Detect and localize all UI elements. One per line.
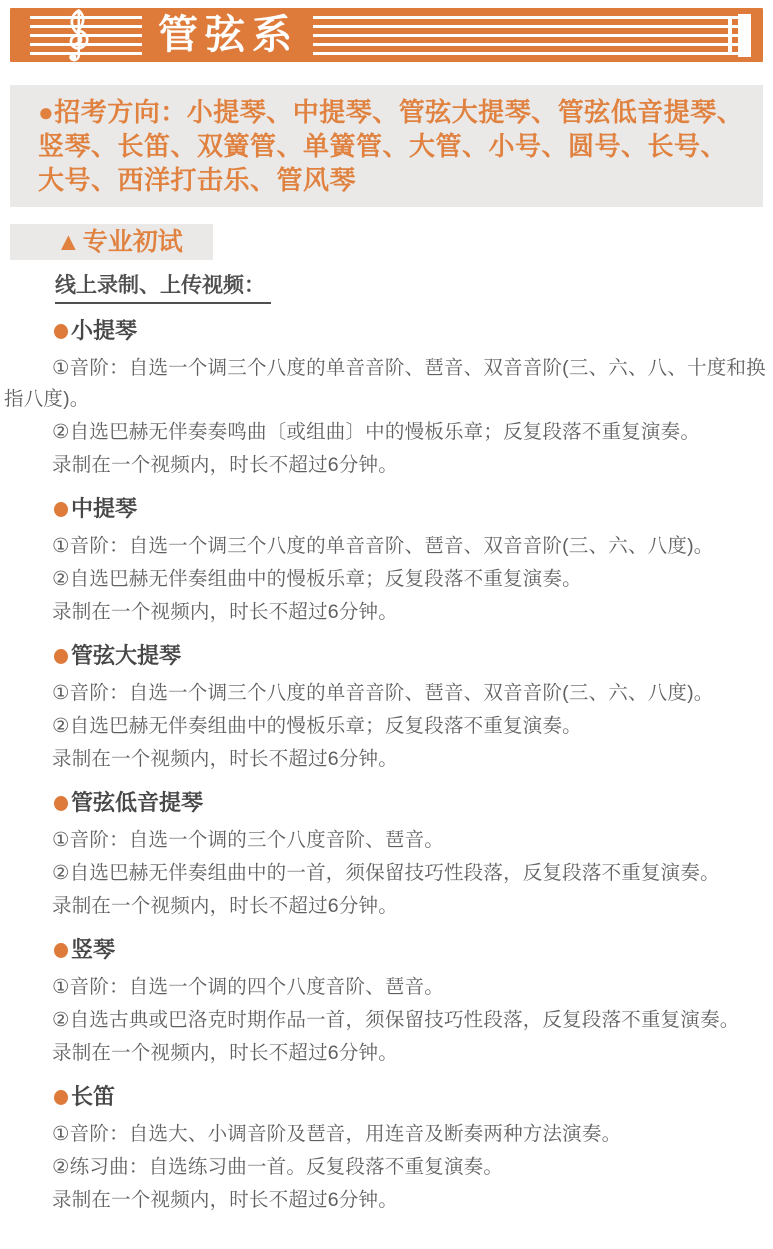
recording-note: 录制在一个视频内，时长不超过6分钟。	[4, 450, 767, 481]
instrument-heading: 长笛	[54, 1082, 767, 1112]
bullet-icon	[54, 324, 68, 339]
stage-title: 专业初试	[83, 228, 183, 256]
instrument-section-flute: 长笛 ①音阶：自选大、小调音阶及琶音，用连音及断奏两种方法演奏。 ②练习曲：自选…	[4, 1082, 767, 1216]
stage-heading: ▲专业初试	[10, 224, 213, 260]
triangle-icon: ▲	[56, 228, 81, 256]
instrument-name: 中提琴	[71, 494, 137, 524]
instrument-heading: 中提琴	[54, 494, 767, 524]
page-title: 管弦系	[142, 8, 313, 62]
instrument-heading: 小提琴	[54, 316, 767, 346]
recording-note: 录制在一个视频内，时长不超过6分钟。	[4, 891, 767, 922]
requirements-content: 小提琴 ①音阶：自选一个调三个八度的单音音阶、琶音、双音音阶(三、六、八、十度和…	[0, 304, 773, 1249]
directions-label: 招考方向：	[54, 97, 187, 127]
bullet-icon	[54, 943, 68, 958]
instrument-heading: 管弦大提琴	[54, 641, 767, 671]
instrument-name: 管弦大提琴	[71, 641, 181, 671]
recording-note: 录制在一个视频内，时长不超过6分钟。	[4, 1185, 767, 1216]
requirement-item: ②自选古典或巴洛克时期作品一首，须保留技巧性段落，反复段落不重复演奏。	[4, 1005, 767, 1036]
subtitle-row: 线上录制、上传视频：	[55, 269, 773, 304]
requirement-item: ②自选巴赫无伴奏组曲中的一首，须保留技巧性段落，反复段落不重复演奏。	[4, 858, 767, 889]
requirement-item: ②自选巴赫无伴奏组曲中的慢板乐章；反复段落不重复演奏。	[4, 711, 767, 742]
instrument-name: 竖琴	[71, 935, 115, 965]
bullet-icon	[54, 1090, 68, 1105]
instrument-section-cello: 管弦大提琴 ①音阶：自选一个调三个八度的单音音阶、琶音、双音音阶(三、六、八度)…	[4, 641, 767, 775]
instrument-name: 长笛	[71, 1082, 115, 1112]
requirement-item: ①音阶：自选一个调三个八度的单音音阶、琶音、双音音阶(三、六、八度)。	[4, 678, 767, 709]
recording-note: 录制在一个视频内，时长不超过6分钟。	[4, 744, 767, 775]
upload-instruction-subtitle: 线上录制、上传视频：	[55, 269, 271, 304]
admission-directions-panel: ●招考方向：小提琴、中提琴、管弦大提琴、管弦低音提琴、竖琴、长笛、双簧管、单簧管…	[10, 85, 763, 207]
bullet-icon	[54, 649, 68, 664]
instrument-section-violin: 小提琴 ①音阶：自选一个调三个八度的单音音阶、琶音、双音音阶(三、六、八、十度和…	[4, 316, 767, 481]
bullet-icon: ●	[38, 97, 54, 127]
treble-clef-icon	[58, 7, 98, 64]
requirement-item: ①音阶：自选一个调的三个八度音阶、琶音。	[4, 825, 767, 856]
staff-end-barline	[738, 14, 751, 57]
requirement-item: ①音阶：自选大、小调音阶及琶音，用连音及断奏两种方法演奏。	[4, 1119, 767, 1150]
requirement-item: ①音阶：自选一个调三个八度的单音音阶、琶音、双音音阶(三、六、八度)。	[4, 531, 767, 562]
requirement-item: ①音阶：自选一个调三个八度的单音音阶、琶音、双音音阶(三、六、八、十度和换指八度…	[4, 353, 767, 415]
instrument-name: 管弦低音提琴	[71, 788, 203, 818]
bullet-icon	[54, 502, 68, 517]
staff-barline-thin	[728, 16, 732, 55]
recording-note: 录制在一个视频内，时长不超过6分钟。	[4, 1038, 767, 1069]
instrument-section-viola: 中提琴 ①音阶：自选一个调三个八度的单音音阶、琶音、双音音阶(三、六、八度)。 …	[4, 494, 767, 628]
instrument-section-harp: 竖琴 ①音阶：自选一个调的四个八度音阶、琶音。 ②自选古典或巴洛克时期作品一首，…	[4, 935, 767, 1069]
instrument-heading: 管弦低音提琴	[54, 788, 767, 818]
requirement-item: ②自选巴赫无伴奏奏鸣曲〔或组曲〕中的慢板乐章；反复段落不重复演奏。	[4, 417, 767, 448]
requirement-item: ②练习曲：自选练习曲一首。反复段落不重复演奏。	[4, 1152, 767, 1183]
bullet-icon	[54, 796, 68, 811]
instrument-name: 小提琴	[71, 316, 137, 346]
instrument-section-double-bass: 管弦低音提琴 ①音阶：自选一个调的三个八度音阶、琶音。 ②自选巴赫无伴奏组曲中的…	[4, 788, 767, 922]
recording-note: 录制在一个视频内，时长不超过6分钟。	[4, 597, 767, 628]
instrument-heading: 竖琴	[54, 935, 767, 965]
music-staff-right	[313, 16, 751, 55]
requirement-item: ②自选巴赫无伴奏组曲中的慢板乐章；反复段落不重复演奏。	[4, 564, 767, 595]
department-banner: 管弦系	[10, 8, 763, 62]
music-staff-left	[30, 16, 142, 55]
requirement-item: ①音阶：自选一个调的四个八度音阶、琶音。	[4, 972, 767, 1003]
